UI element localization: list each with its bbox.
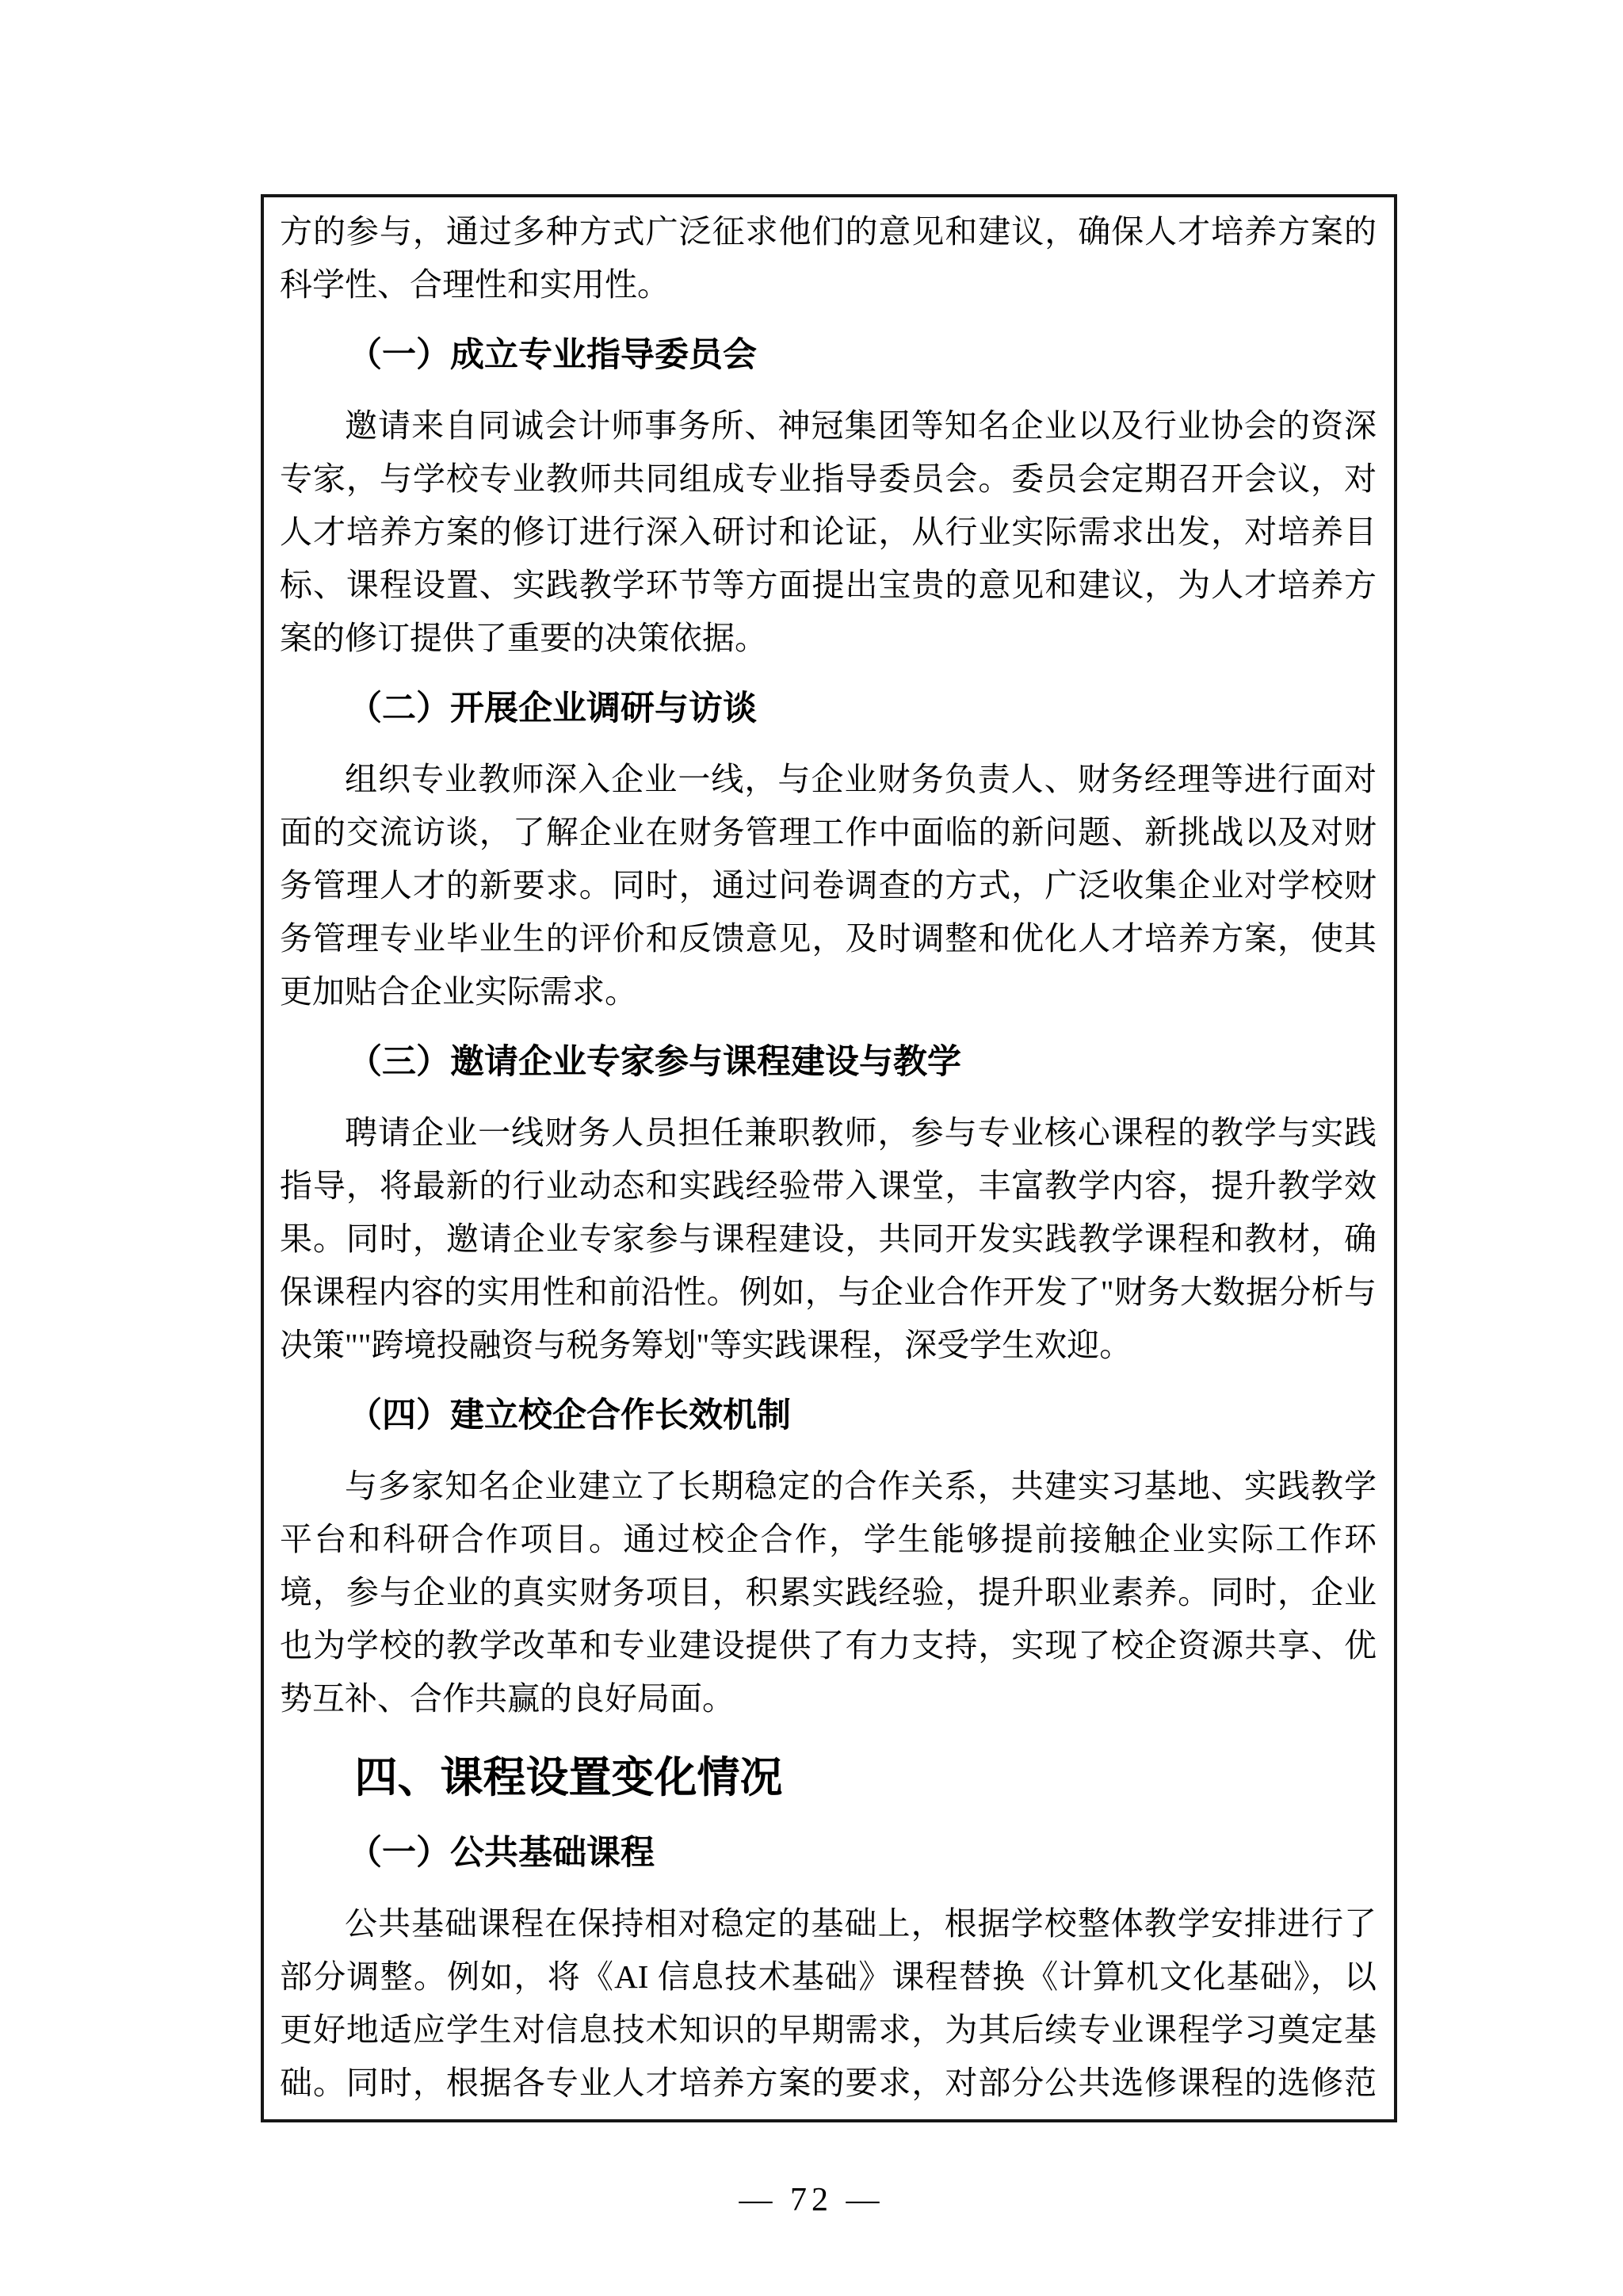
chapter-heading: 四、课程设置变化情况 bbox=[280, 1749, 1377, 1806]
paragraph: 组织专业教师深入企业一线，与企业财务负责人、财务经理等进行面对面的交流访谈，了解… bbox=[280, 753, 1377, 1018]
section-heading-1: （一）成立专业指导委员会 bbox=[280, 329, 1377, 382]
section-heading-4: （四）建立校企合作长效机制 bbox=[280, 1389, 1377, 1442]
section-heading-2: （二）开展企业调研与访谈 bbox=[280, 682, 1377, 735]
paragraph: 聘请企业一线财务人员担任兼职教师，参与专业核心课程的教学与实践指导，将最新的行业… bbox=[280, 1106, 1377, 1372]
section-heading-5: （一）公共基础课程 bbox=[280, 1827, 1377, 1880]
section-heading-3: （三）邀请企业专家参与课程建设与教学 bbox=[280, 1036, 1377, 1089]
paragraph: 公共基础课程在保持相对稳定的基础上，根据学校整体教学安排进行了部分调整。例如，将… bbox=[280, 1897, 1377, 2122]
page-number: — 72 — bbox=[0, 2181, 1623, 2219]
paragraph: 邀请来自同诚会计师事务所、神冠集团等知名企业以及行业协会的资深专家，与学校专业教… bbox=[280, 399, 1377, 665]
document-body-cell: 方的参与，通过多种方式广泛征求他们的意见和建议，确保人才培养方案的科学性、合理性… bbox=[261, 194, 1397, 2122]
paragraph-continued: 方的参与，通过多种方式广泛征求他们的意见和建议，确保人才培养方案的科学性、合理性… bbox=[280, 205, 1377, 311]
paragraph: 与多家知名企业建立了长期稳定的合作关系，共建实习基地、实践教学平台和科研合作项目… bbox=[280, 1460, 1377, 1725]
document-page: 方的参与，通过多种方式广泛征求他们的意见和建议，确保人才培养方案的科学性、合理性… bbox=[0, 0, 1623, 2296]
